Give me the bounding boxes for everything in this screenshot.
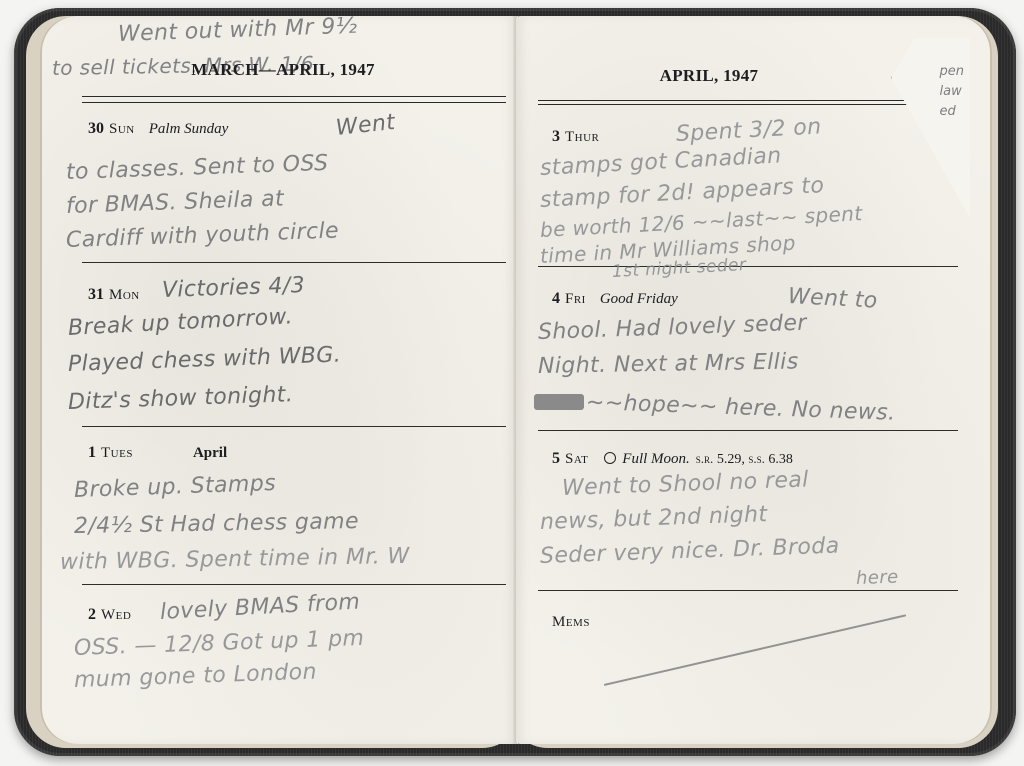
entry-30-line3: for BMAS. Sheila at bbox=[66, 186, 285, 219]
day-divider bbox=[82, 426, 506, 427]
day-number: 2 bbox=[88, 606, 96, 623]
day-number: 4 bbox=[552, 290, 560, 307]
entry-4-line1: Went to bbox=[787, 284, 878, 314]
entry-3-line2: stamps got Canadian bbox=[539, 143, 782, 181]
day-divider bbox=[538, 430, 958, 431]
entry-31-line1: Victories 4/3 bbox=[162, 273, 306, 303]
feast-day: Palm Sunday bbox=[149, 121, 229, 137]
sunrise-time: 5.29, bbox=[717, 452, 745, 467]
right-page: APRIL, 1947 3Thur Spent 3/2 on stamps go… bbox=[516, 16, 992, 744]
sunset-label: s.s. bbox=[748, 451, 765, 466]
day-divider bbox=[538, 266, 958, 267]
sunrise-label: s.r. bbox=[696, 451, 714, 466]
pencil-stroke bbox=[604, 614, 907, 686]
page-header-right: APRIL, 1947 bbox=[516, 66, 902, 86]
weekday: Tues bbox=[101, 445, 133, 461]
month-marker: April bbox=[193, 445, 227, 461]
entry-30-line2: to classes. Sent to OSS bbox=[66, 151, 329, 185]
entry-4-line2: Shool. Had lovely seder bbox=[538, 311, 808, 345]
day-2-wed-label: 2Wed bbox=[88, 606, 131, 624]
entry-4-line4: ~~hope~~ here. No news. bbox=[586, 390, 896, 426]
feast-day: Good Friday bbox=[600, 291, 678, 307]
day-1-tues-label: 1TuesApril bbox=[88, 444, 227, 462]
entry-4-line3: Night. Next at Mrs Ellis bbox=[538, 349, 799, 379]
entry-30-line1: Went bbox=[335, 110, 397, 141]
mems-label: Mems bbox=[552, 614, 590, 630]
entry-2-line2: OSS. — 12/8 Got up 1 pm bbox=[74, 626, 365, 661]
entry-1-line3: with WBG. Spent time in Mr. W bbox=[60, 544, 410, 575]
entry-30-line4: Cardiff with youth circle bbox=[66, 218, 340, 253]
handwritten-top-note-line1: Went out with Mr 9½ bbox=[118, 16, 358, 47]
entry-5-line2: news, but 2nd night bbox=[540, 502, 768, 535]
weekday: Sun bbox=[109, 121, 135, 137]
weekday: Mon bbox=[109, 287, 140, 303]
header-rule-left bbox=[82, 96, 506, 103]
weekday: Thur bbox=[565, 129, 599, 145]
left-page: Went out with Mr 9½ to sell tickets. Mrs… bbox=[40, 16, 516, 744]
entry-1-line1: Broke up. Stamps bbox=[74, 471, 277, 503]
weekday: Sat bbox=[565, 451, 588, 467]
entry-3-line1: Spent 3/2 on bbox=[675, 114, 822, 147]
entry-31-line4: Ditz's show tonight. bbox=[68, 382, 294, 415]
day-number: 1 bbox=[88, 444, 96, 461]
day-4-fri-label: 4FriGood Friday bbox=[552, 290, 678, 308]
weekday: Fri bbox=[565, 291, 586, 307]
folded-corner-note: pen law ed bbox=[940, 62, 965, 122]
day-3-thur-label: 3Thur bbox=[552, 128, 599, 146]
day-divider bbox=[82, 262, 506, 263]
entry-5-line1: Went to Shool no real bbox=[562, 467, 810, 501]
sunset-time: 6.38 bbox=[768, 452, 793, 467]
day-number: 5 bbox=[552, 450, 560, 467]
weekday: Wed bbox=[101, 607, 131, 623]
moon-phase: Full Moon. bbox=[622, 451, 690, 467]
entry-31-line3: Played chess with WBG. bbox=[68, 342, 342, 377]
day-number: 30 bbox=[88, 120, 104, 137]
day-number: 31 bbox=[88, 286, 104, 303]
entry-5-line3: Seder very nice. Dr. Broda bbox=[540, 534, 840, 569]
page-header-left: MARCH—APRIL, 1947 bbox=[110, 60, 456, 80]
entry-2-line1: lovely BMAS from bbox=[159, 590, 360, 625]
day-5-sat-label: 5SatFull Moon.s.r. 5.29, s.s. 6.38 bbox=[552, 450, 793, 468]
entry-5-line4: here bbox=[856, 567, 899, 589]
entry-1-line2: 2/4½ St Had chess game bbox=[74, 509, 359, 539]
day-divider bbox=[82, 584, 506, 585]
day-31-mon-label: 31Mon bbox=[88, 286, 140, 304]
entry-2-line3: mum gone to London bbox=[74, 660, 318, 693]
day-30-sun-label: 30SunPalm Sunday bbox=[88, 120, 228, 138]
header-rule-right bbox=[538, 100, 958, 105]
mems-label-container: Mems bbox=[552, 614, 590, 631]
crossed-out-word bbox=[534, 394, 584, 410]
full-moon-icon bbox=[604, 452, 616, 464]
day-number: 3 bbox=[552, 128, 560, 145]
entry-31-line2: Break up tomorrow. bbox=[67, 304, 293, 341]
day-divider bbox=[538, 590, 958, 591]
